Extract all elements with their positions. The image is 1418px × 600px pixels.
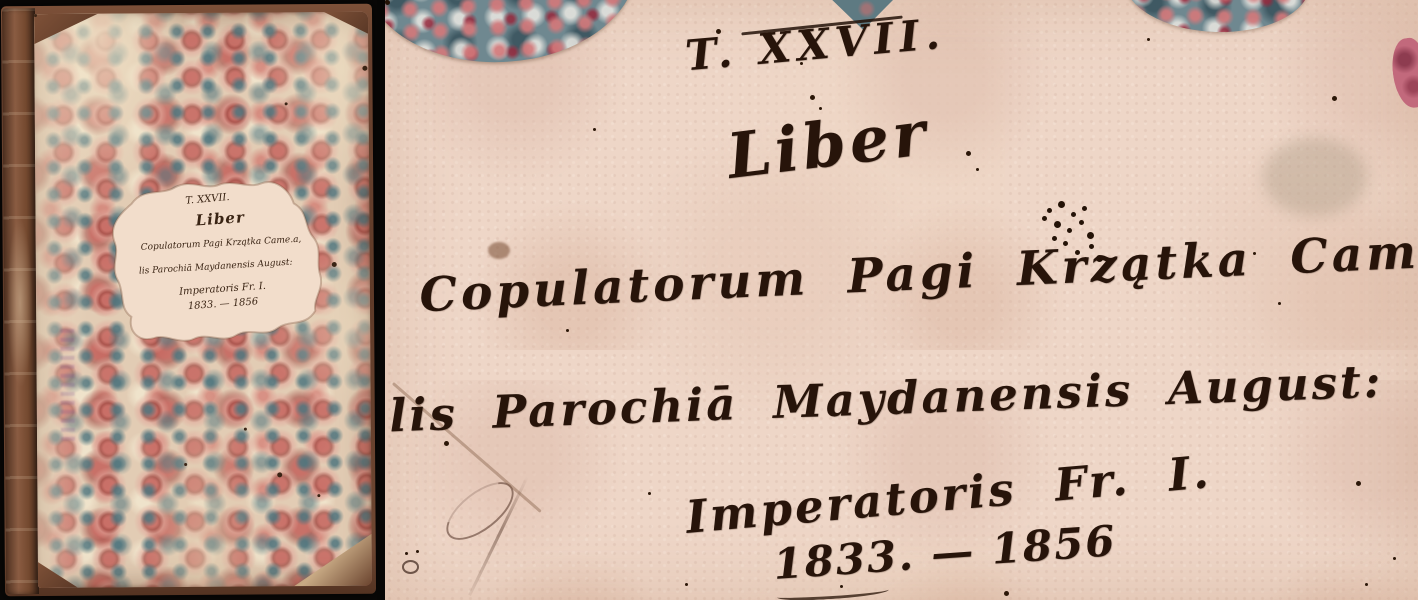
- spine-wear-patch: [6, 218, 33, 388]
- paper-stain: [1263, 138, 1367, 216]
- marbled-scallop-top-left: [385, 0, 641, 69]
- book-cover-marbled: T. XXVII. Liber Copulatorum Pagi Krzątka…: [34, 12, 372, 588]
- label-zoom-panel: T. XXVII. Liber Copulatorum Pagi Krzątka…: [385, 0, 1418, 600]
- book-photo-panel: T. XXVII. Liber Copulatorum Pagi Krzątka…: [0, 0, 377, 600]
- small-ring-mark: [402, 560, 419, 574]
- book-spine: [2, 8, 39, 594]
- zoom-label-title: Liber: [723, 96, 933, 193]
- marbled-scallop-top-right: [1122, 0, 1310, 35]
- cover-label: T. XXVII. Liber Copulatorum Pagi Krzątka…: [103, 173, 341, 359]
- zoom-label-volume: T. XXVII.: [683, 9, 947, 81]
- zoom-label-line-3: Copulatorum Pagi Krzątka Came.a,: [418, 220, 1418, 323]
- archival-book-photo: T. XXVII. Liber Copulatorum Pagi Krzątka…: [0, 0, 1418, 600]
- cover-ink-specks: [34, 14, 37, 17]
- zoom-label-line-4: lis Parochiā Maydanensis August:: [388, 355, 1384, 443]
- brown-smudge: [488, 242, 510, 259]
- book: T. XXVII. Liber Copulatorum Pagi Krzątka…: [1, 4, 376, 597]
- ink-dot-cluster: [385, 0, 390, 5]
- marbled-blob-right-edge: [1388, 36, 1418, 110]
- stamp-smudge: [60, 329, 75, 444]
